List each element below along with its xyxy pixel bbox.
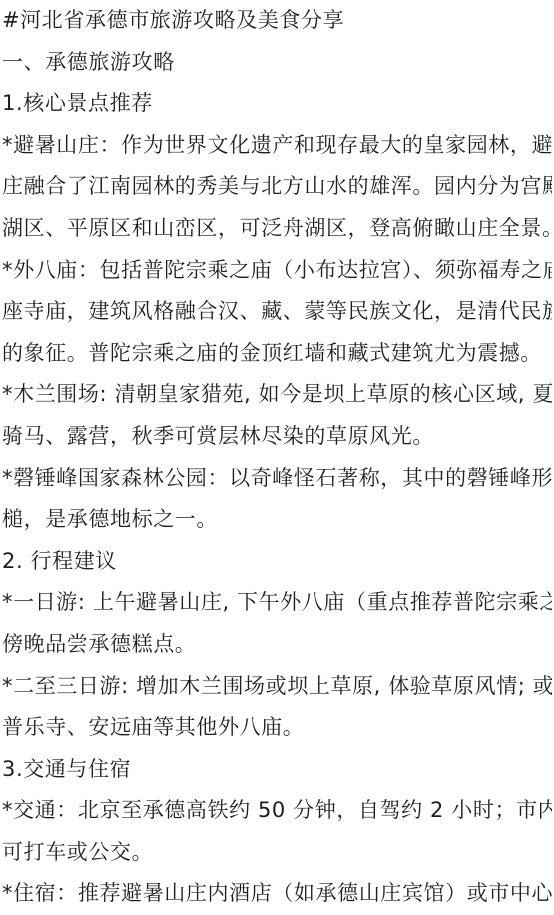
text-line: *外八庙：包括普陀宗乘之庙（小布达拉宫）、须弥福寿之庙等八 <box>2 250 552 292</box>
text-line: *住宿：推荐避暑山庄内酒店（如承德山庄宾馆）或市中心的高档 <box>2 873 552 915</box>
text-line: 湖区、平原区和山峦区，可泛舟湖区，登高俯瞰山庄全景。 <box>2 208 552 250</box>
subsection-heading: 1.核心景点推荐 <box>2 83 552 125</box>
document-page: #河北省承德市旅游攻略及美食分享 一、承德旅游攻略 1.核心景点推荐 *避暑山庄… <box>0 0 554 915</box>
text-line: *交通：北京至承德高铁约 50 分钟，自驾约 2 小时；市内景点间 <box>2 790 552 832</box>
text-line: *磬锤峰国家森林公园：以奇峰怪石著称，其中的磬锤峰形似棒 <box>2 458 552 500</box>
subsection-heading: 2. 行程建议 <box>2 541 552 583</box>
document-title: #河北省承德市旅游攻略及美食分享 <box>2 0 552 42</box>
text-line: 普乐寺、安远庙等其他外八庙。 <box>2 707 552 749</box>
subsection-heading: 3.交通与住宿 <box>2 749 552 791</box>
text-line: 座寺庙，建筑风格融合汉、藏、蒙等民族文化，是清代民族团结 <box>2 291 552 333</box>
text-line: 骑马、露营，秋季可赏层林尽染的草原风光。 <box>2 416 552 458</box>
text-line: 槌，是承德地标之一。 <box>2 499 552 541</box>
text-line: *木兰围场: 清朝皇家猎苑, 如今是坝上草原的核心区域, 夏季可 <box>2 374 552 416</box>
text-line: 庄融合了江南园林的秀美与北方山水的雄浑。园内分为宫殿区、 <box>2 166 552 208</box>
text-line: *二至三日游: 增加木兰围场或坝上草原, 体验草原风情; 或探访 <box>2 666 552 708</box>
section-heading: 一、承德旅游攻略 <box>2 42 552 84</box>
text-line: *一日游: 上午避暑山庄, 下午外八庙（重点推荐普陀宗乘之庙）， <box>2 582 552 624</box>
text-line: 可打车或公交。 <box>2 832 552 874</box>
text-line: 的象征。普陀宗乘之庙的金顶红墙和藏式建筑尤为震撼。 <box>2 333 552 375</box>
text-line: *避暑山庄：作为世界文化遗产和现存最大的皇家园林，避暑山 <box>2 125 552 167</box>
text-line: 傍晚品尝承德糕点。 <box>2 624 552 666</box>
